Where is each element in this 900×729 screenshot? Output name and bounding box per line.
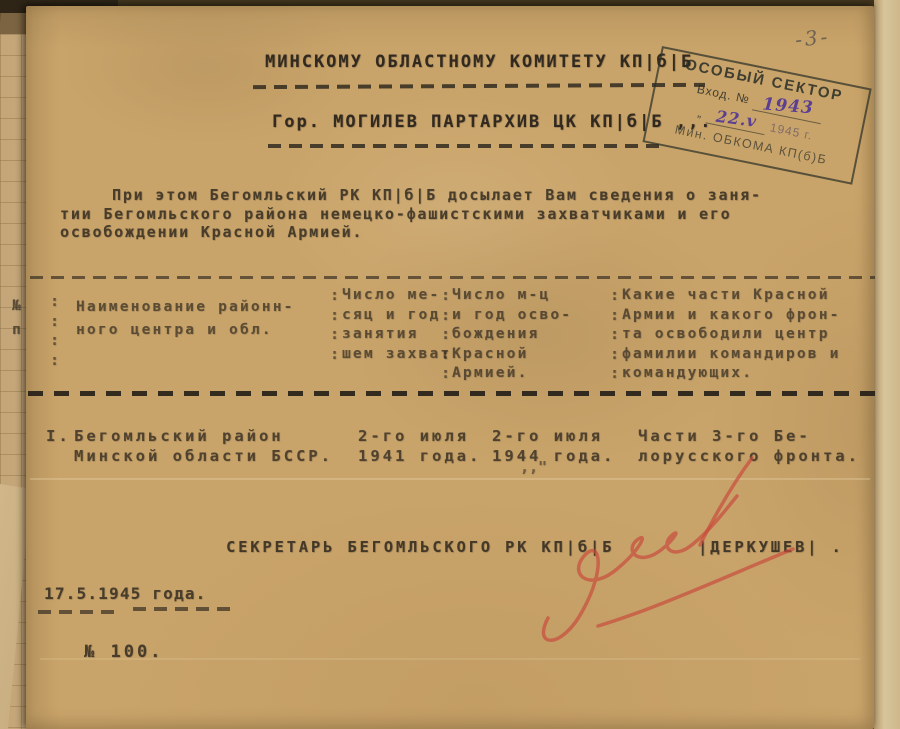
table-header-num: № п (12, 294, 23, 342)
stamp-handwritten-number: 1943 (762, 94, 815, 118)
table-mid-rule (28, 391, 876, 396)
dashed-underline (133, 607, 235, 611)
ditto-mark: ,," (520, 458, 547, 476)
row-liberated-date: 2-го июля 1944 года. (492, 426, 615, 466)
table-header-occupied: Число ме- сяц и год занятия шем захват (342, 286, 451, 364)
scanned-document-canvas: -3- МИНСКОМУ ОБЛАСТНОМУ КОМИТЕТУ КП|б|Б … (0, 0, 900, 729)
pencil-page-number: -3- (794, 24, 832, 52)
column-separator: : : : : : (441, 286, 450, 384)
row-number: I. (46, 426, 71, 446)
dashed-underline (38, 610, 116, 614)
column-separator: : : : : (50, 292, 59, 370)
column-separator: : : : : : (610, 286, 619, 384)
row-occupied-date: 2-го июля 1941 года. (358, 426, 481, 466)
row-units: Части 3-го Бе- лорусского фронта. (638, 426, 860, 466)
table-top-rule (30, 276, 875, 279)
column-separator: : : : : (330, 286, 339, 364)
right-page-edge (874, 0, 900, 729)
paragraph-line-2: тии Бегомльского района немецко-фашистск… (60, 205, 732, 223)
stamp-open-quote: „ (697, 106, 705, 121)
row-district: Бегомльский район Минской области БССР. (74, 426, 333, 466)
table-header-liberated: Число м-ц и год осво- бождения Красной А… (452, 286, 572, 384)
stamp-handwritten-date: 22.v (715, 107, 758, 131)
paper-crease (30, 478, 870, 480)
table-header-units: Какие части Красной Армии и какого фрон-… (622, 286, 841, 384)
document-number: № 100. (84, 642, 163, 662)
table-header-district: Наименование районн- ного центра и обл. (76, 296, 295, 342)
paragraph-line-3: освобождении Красной Армией. (60, 223, 363, 241)
addressee-line-1: МИНСКОМУ ОБЛАСТНОМУ КОМИТЕТУ КП|б|Б (265, 52, 693, 72)
dashed-underline (268, 144, 660, 148)
document-date: 17.5.1945 года. (44, 584, 207, 603)
stamp-year: 1945 г. (769, 120, 814, 142)
secretary-title-line: СЕКРЕТАРЬ БЕГОМЛЬСКОГО РК КП|б|Б (226, 538, 614, 556)
paragraph-line-1: При этом Бегомльский РК КП|б|Б досылает … (112, 186, 762, 204)
secretary-name: |ДЕРКУШЕВ| . (698, 538, 844, 556)
